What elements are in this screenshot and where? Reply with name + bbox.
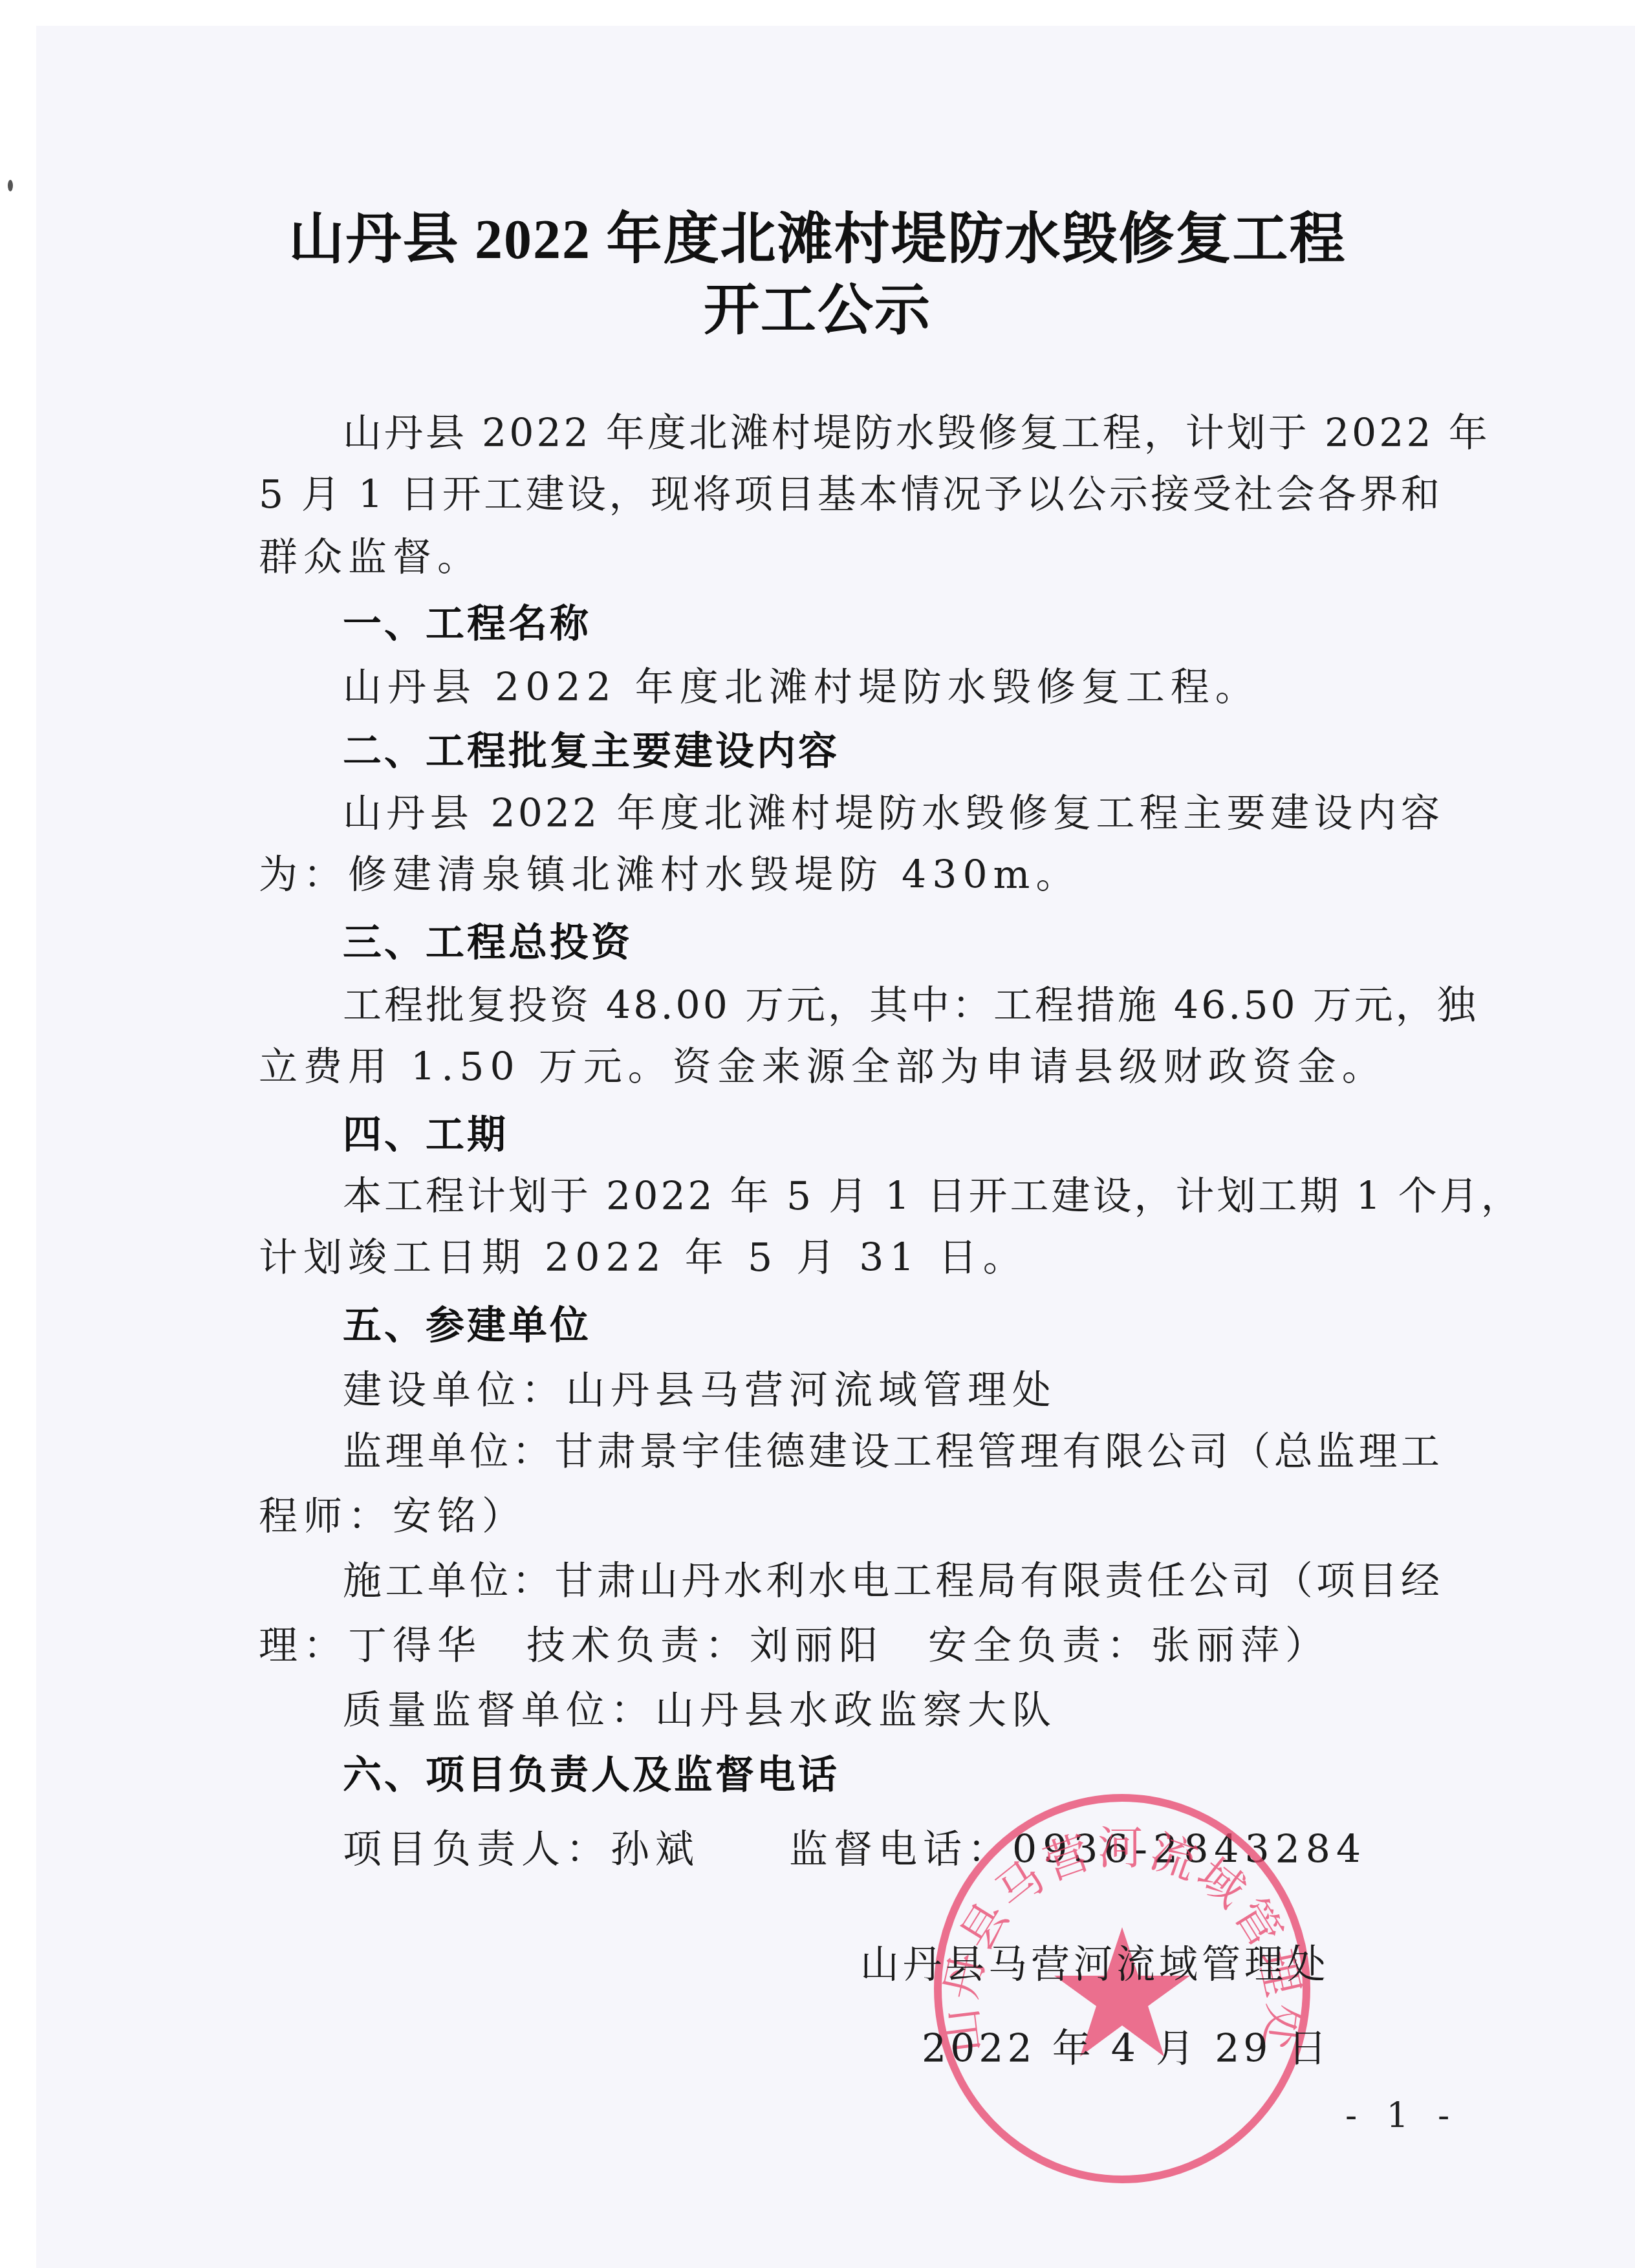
contractor-unit-line-2: 理：丁得华 技术负责：刘丽阳 安全负责：张丽萍） — [259, 1620, 1442, 1672]
section-heading-project-name: 一、工程名称 — [343, 598, 1442, 650]
section-text-schedule-2: 计划竣工日期 2022 年 5 月 31 日。 — [259, 1232, 1442, 1284]
section-text-construction-content-1: 山丹县 2022 年度北滩村堤防水毁修复工程主要建设内容 — [343, 788, 1442, 839]
intro-line-3: 群众监督。 — [259, 532, 1442, 583]
section-heading-participating-units: 五、参建单位 — [343, 1300, 1442, 1352]
section-heading-total-investment: 三、工程总投资 — [343, 917, 1442, 969]
intro-line-2: 5 月 1 日开工建设，现将项目基本情况予以公示接受社会各界和 — [259, 469, 1442, 521]
section-heading-construction-content: 二、工程批复主要建设内容 — [343, 726, 1442, 777]
intro-line-1: 山丹县 2022 年度北滩村堤防水毁修复工程，计划于 2022 年 — [343, 407, 1442, 459]
page-number: - 1 - — [1345, 2095, 1458, 2136]
section-text-investment-1: 工程批复投资 48.00 万元，其中：工程措施 46.50 万元，独 — [343, 980, 1442, 1031]
quality-supervision-unit: 质量监督单位：山丹县水政监察大队 — [343, 1685, 1442, 1736]
signing-organization: 山丹县马营河流域管理处 — [860, 1934, 1330, 1989]
scan-speck — [8, 180, 13, 191]
contractor-unit-line-1: 施工单位：甘肃山丹水利水电工程局有限责任公司（项目经 — [343, 1555, 1442, 1607]
document-title-line1: 山丹县 2022 年度北滩村堤防水毁修复工程 — [0, 194, 1635, 274]
section-text-schedule-1: 本工程计划于 2022 年 5 月 1 日开工建设，计划工期 1 个月， — [343, 1171, 1442, 1222]
document-title-line2: 开工公示 — [0, 265, 1635, 345]
signing-date: 2022 年 4 月 29 日 — [922, 2018, 1331, 2073]
section-text-construction-content-2: 为：修建清泉镇北滩村水毁堤防 430m。 — [259, 849, 1442, 901]
supervision-unit-line-1: 监理单位：甘肃景宇佳德建设工程管理有限公司（总监理工 — [343, 1426, 1442, 1478]
construction-unit: 建设单位：山丹县马营河流域管理处 — [343, 1365, 1442, 1416]
section-heading-schedule: 四、工期 — [343, 1109, 1442, 1161]
supervision-unit-line-2: 程师：安铭） — [259, 1491, 1442, 1542]
section-text-investment-2: 立费用 1.50 万元。资金来源全部为申请县级财政资金。 — [259, 1041, 1442, 1093]
section-text-project-name: 山丹县 2022 年度北滩村堤防水毁修复工程。 — [343, 662, 1442, 713]
